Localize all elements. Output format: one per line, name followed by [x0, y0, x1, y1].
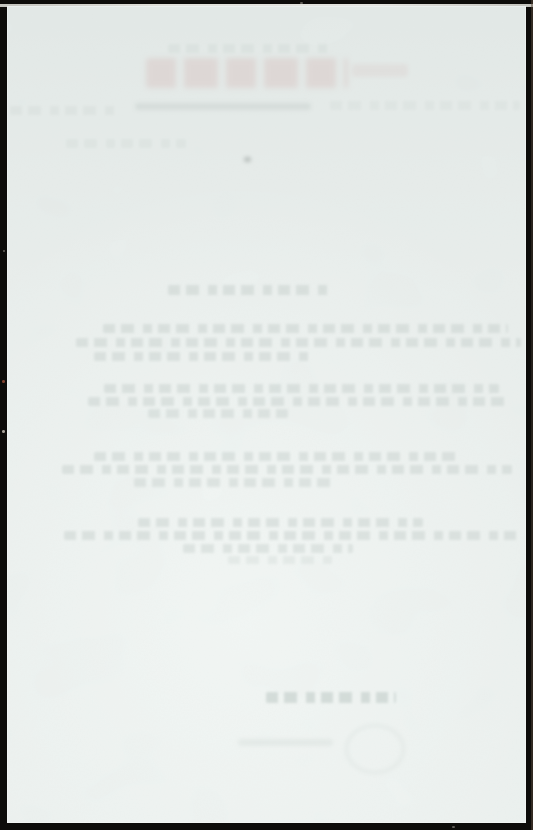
ghost-para3-line3 [134, 478, 334, 487]
ghost-logo-swirl-ring [345, 724, 405, 774]
paper-cloud-texture [7, 6, 526, 823]
paper-grain-texture [7, 6, 526, 823]
ghost-subtitle-right-frag [330, 101, 520, 110]
ghost-header-line [168, 44, 333, 53]
ghost-title [146, 58, 348, 88]
ghost-logo-streak [238, 739, 333, 746]
ghost-stray-fleck [244, 157, 251, 162]
paper-sheet [7, 6, 526, 823]
ghost-para1-line2 [76, 338, 521, 347]
ghost-para4-line1 [138, 518, 423, 527]
ghost-closing-mark [266, 692, 396, 703]
ghost-para2-line1 [104, 384, 499, 393]
ghost-para4-line3 [183, 544, 353, 553]
ghost-para4-line4 [228, 556, 333, 564]
ghost-title-fragment [352, 64, 408, 77]
ghost-date-line [66, 139, 186, 148]
speck-left-red [2, 380, 5, 383]
ghost-salutation-line [168, 285, 330, 295]
ghost-subtitle-rule [135, 103, 311, 110]
ghost-subtitle-left-frag [10, 106, 116, 115]
ghost-para3-line1 [94, 452, 459, 461]
ghost-para2-line3 [148, 409, 288, 418]
scanned-document-page [0, 0, 533, 830]
ghost-para2-line2 [88, 397, 513, 406]
ghost-para4-line2 [64, 531, 519, 540]
speck-left-white [2, 430, 5, 433]
speck-left-grey [3, 250, 5, 252]
ghost-para3-line2 [62, 465, 512, 474]
ghost-para1-line1 [103, 324, 508, 333]
ghost-para1-line3 [94, 352, 312, 361]
speck-bottom-grey [452, 826, 455, 828]
